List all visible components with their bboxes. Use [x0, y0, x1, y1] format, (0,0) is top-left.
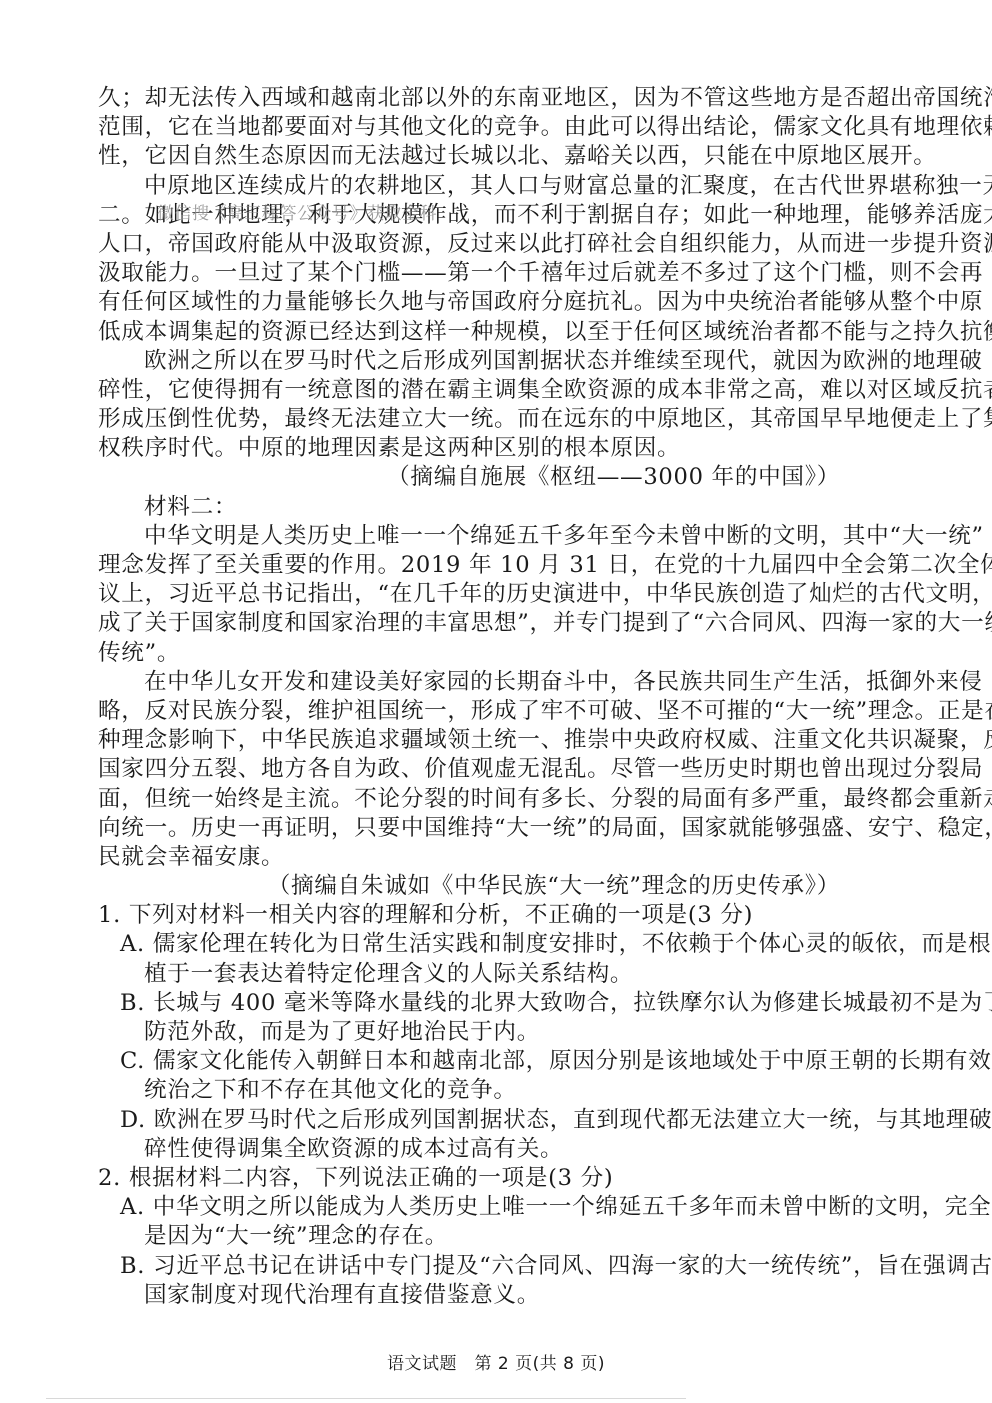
text-line: 理念发挥了至关重要的作用。2019 年 10 月 31 日，在党的十九届四中全会…	[98, 551, 844, 580]
text-line: 有任何区域性的力量能够长久地与帝国政府分庭抗礼。因为中央统治者能够从整个中原	[98, 288, 844, 317]
material2-heading: 材料二：	[98, 493, 844, 522]
option-line: 碎性使得调集全欧资源的成本过高有关。	[98, 1135, 844, 1164]
text-line: 在中华儿女开发和建设美好家园的长期奋斗中，各民族共同生产生活，抵御外来侵	[98, 668, 844, 697]
text-line: 向统一。历史一再证明，只要中国维持“大一统”的局面，国家就能够强盛、安宁、稳定，…	[98, 814, 844, 843]
material1-paragraph-1: 久；却无法传入西域和越南北部以外的东南亚地区，因为不管这些地方是否超出帝国统治 …	[98, 84, 844, 172]
option-d: D. 欧洲在罗马时代之后形成列国割据状态，直到现代都无法建立大一统，与其地理破 …	[98, 1106, 844, 1164]
option-line: C. 儒家文化能传入朝鲜日本和越南北部，原因分别是该地域处于中原王朝的长期有效	[98, 1047, 844, 1076]
text-line: 议上，习近平总书记指出，“在几千年的历史演进中，中华民族创造了灿烂的古代文明，形	[98, 580, 844, 609]
text-line: 人口，帝国政府能从中汲取资源，反过来以此打碎社会自组织能力，从而进一步提升资源	[98, 230, 844, 259]
text-line: 民就会幸福安康。	[98, 843, 844, 872]
material2-paragraph-1: 中华文明是人类历史上唯一一个绵延五千多年至今未曾中断的文明，其中“大一统” 理念…	[98, 522, 844, 668]
page-footer: 语文试题 第 2 页(共 8 页)	[0, 1349, 992, 1374]
option-line: 统治之下和不存在其他文化的竞争。	[98, 1076, 844, 1105]
option-a: A. 儒家伦理在转化为日常生活实践和制度安排时，不依赖于个体心灵的皈依，而是根 …	[98, 930, 844, 988]
text-line: 性，它因自然生态原因而无法越过长城以北、嘉峪关以西，只能在中原地区展开。	[98, 142, 844, 171]
option-line: B. 习近平总书记在讲话中专门提及“六合同风、四海一家的大一统传统”，旨在强调古…	[98, 1252, 844, 1281]
text-line: 欧洲之所以在罗马时代之后形成列国割据状态并维续至现代，就因为欧洲的地理破	[98, 347, 844, 376]
text-line: 中华文明是人类历史上唯一一个绵延五千多年至今未曾中断的文明，其中“大一统”	[98, 522, 844, 551]
text-line: 略，反对民族分裂，维护祖国统一，形成了牢不可破、坚不可摧的“大一统”理念。正是在…	[98, 697, 844, 726]
option-b: B. 习近平总书记在讲话中专门提及“六合同风、四海一家的大一统传统”，旨在强调古…	[98, 1252, 844, 1310]
option-c: C. 儒家文化能传入朝鲜日本和越南北部，原因分别是该地域处于中原王朝的长期有效 …	[98, 1047, 844, 1105]
text-line: 汲取能力。一旦过了某个门槛——第一个千禧年过后就差不多过了这个门槛，则不会再	[98, 259, 844, 288]
option-line: 植于一套表达着特定伦理含义的人际关系结构。	[98, 960, 844, 989]
material1-paragraph-2: 中原地区连续成片的农耕地区，其人口与财富总量的汇聚度，在古代世界堪称独一无 二。…	[98, 172, 844, 347]
text-line: 种理念影响下，中华民族追求疆域领土统一、推崇中央政府权威、注重文化共识凝聚，反对	[98, 726, 844, 755]
watermark-text: 微信搜《高三标答公众号》获取全科	[157, 199, 437, 224]
question-stem: 2. 根据材料二内容，下列说法正确的一项是(3 分)	[98, 1164, 844, 1193]
text-line: 低成本调集起的资源已经达到这样一种规模，以至于任何区域统治者都不能与之持久抗衡。	[98, 318, 844, 347]
option-line: 是因为“大一统”理念的存在。	[98, 1222, 844, 1251]
text-line: 中原地区连续成片的农耕地区，其人口与财富总量的汇聚度，在古代世界堪称独一无	[98, 172, 844, 201]
text-line: 碎性，它使得拥有一统意图的潜在霸主调集全欧资源的成本非常之高，难以对区域反抗者	[98, 376, 844, 405]
question-1: 1. 下列对材料一相关内容的理解和分析，不正确的一项是(3 分) A. 儒家伦理…	[98, 901, 844, 1164]
question-stem: 1. 下列对材料一相关内容的理解和分析，不正确的一项是(3 分)	[98, 901, 844, 930]
option-line: D. 欧洲在罗马时代之后形成列国割据状态，直到现代都无法建立大一统，与其地理破	[98, 1106, 844, 1135]
text-line: 成了关于国家制度和国家治理的丰富思想”，并专门提到了“六合同风、四海一家的大一统	[98, 609, 844, 638]
option-line: A. 儒家伦理在转化为日常生活实践和制度安排时，不依赖于个体心灵的皈依，而是根	[98, 930, 844, 959]
option-line: 国家制度对现代治理有直接借鉴意义。	[98, 1281, 844, 1310]
material1-source: （摘编自施展《枢纽——3000 年的中国》）	[98, 463, 844, 492]
option-line: A. 中华文明之所以能成为人类历史上唯一一个绵延五千多年而未曾中断的文明，完全	[98, 1193, 844, 1222]
text-line: 国家四分五裂、地方各自为政、价值观虚无混乱。尽管一些历史时期也曾出现过分裂局	[98, 755, 844, 784]
exam-page: 久；却无法传入西域和越南北部以外的东南亚地区，因为不管这些地方是否超出帝国统治 …	[98, 84, 844, 1310]
text-line: 范围，它在当地都要面对与其他文化的竞争。由此可以得出结论，儒家文化具有地理依赖	[98, 113, 844, 142]
option-b: B. 长城与 400 毫米等降水量线的北界大致吻合，拉铁摩尔认为修建长城最初不是…	[98, 989, 844, 1047]
text-line: 形成压倒性优势，最终无法建立大一统。而在远东的中原地区，其帝国早早地便走上了集	[98, 405, 844, 434]
option-line: B. 长城与 400 毫米等降水量线的北界大致吻合，拉铁摩尔认为修建长城最初不是…	[98, 989, 844, 1018]
bottom-divider	[46, 1398, 686, 1399]
material2-paragraph-2: 在中华儿女开发和建设美好家园的长期奋斗中，各民族共同生产生活，抵御外来侵 略，反…	[98, 668, 844, 872]
text-line: 权秩序时代。中原的地理因素是这两种区别的根本原因。	[98, 434, 844, 463]
material1-paragraph-3: 欧洲之所以在罗马时代之后形成列国割据状态并维续至现代，就因为欧洲的地理破 碎性，…	[98, 347, 844, 464]
material2-source: （摘编自朱诚如《中华民族“大一统”理念的历史传承》）	[98, 872, 844, 901]
option-line: 防范外敌，而是为了更好地治民于内。	[98, 1018, 844, 1047]
option-a: A. 中华文明之所以能成为人类历史上唯一一个绵延五千多年而未曾中断的文明，完全 …	[98, 1193, 844, 1251]
text-line: 传统”。	[98, 639, 844, 668]
text-line: 久；却无法传入西域和越南北部以外的东南亚地区，因为不管这些地方是否超出帝国统治	[98, 84, 844, 113]
question-2: 2. 根据材料二内容，下列说法正确的一项是(3 分) A. 中华文明之所以能成为…	[98, 1164, 844, 1310]
text-line: 面，但统一始终是主流。不论分裂的时间有多长、分裂的局面有多严重，最终都会重新走	[98, 785, 844, 814]
